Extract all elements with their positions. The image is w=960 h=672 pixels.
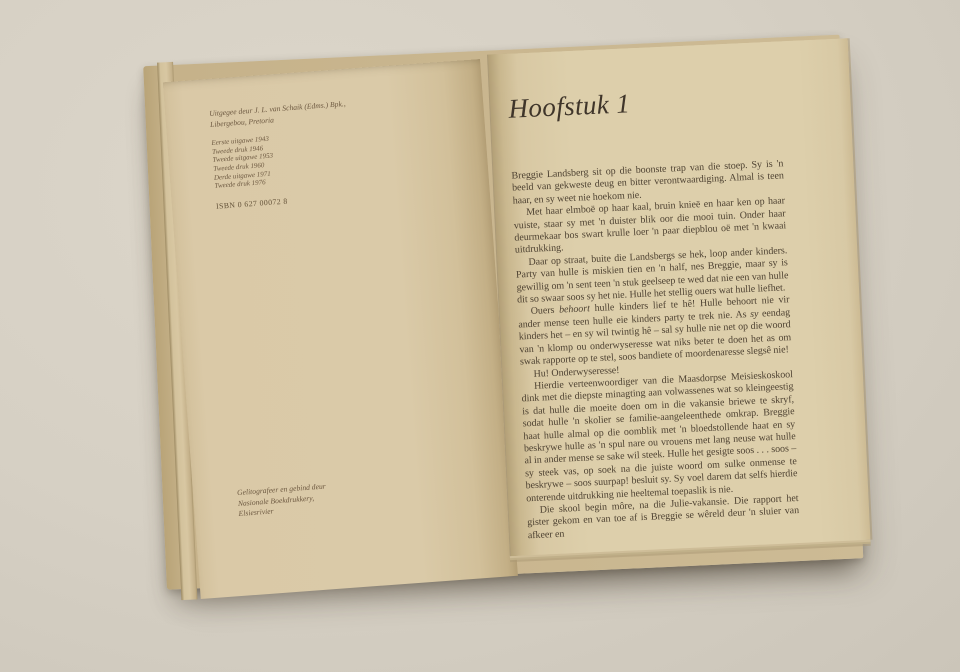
isbn: ISBN 0 627 00072 8 [216, 192, 353, 211]
imprint-block: Uitgegee deur J. L. van Schaik (Edms.) B… [209, 99, 353, 210]
paragraph: Hierdie verteenwoordiger van die Maasdor… [521, 369, 798, 505]
paragraph-text-italic: behoort [559, 304, 590, 316]
chapter-title: Hoofstuk 1 [508, 78, 851, 124]
edition-history: Eerste uitgawe 1943 Tweede druk 1946 Twe… [211, 129, 351, 190]
right-page: Hoofstuk 1 Breggie Landsberg sit op die … [487, 38, 870, 556]
left-page: Uitgegee deur J. L. van Schaik (Edms.) B… [163, 59, 518, 599]
paragraph: Ouers behoort hulle kinders lief te hê! … [518, 295, 793, 369]
paragraph-text: Ouers [530, 305, 559, 317]
chapter-body: Breggie Landsberg sit op die boonste tra… [511, 158, 800, 542]
printer-block: Gelitografeer en gebind deur Nasionale B… [237, 482, 328, 520]
open-book: Uitgegee deur J. L. van Schaik (Edms.) B… [143, 22, 873, 613]
paragraph-text: Hierdie verteenwoordiger van die Maasdor… [521, 369, 797, 504]
photo-background: Uitgegee deur J. L. van Schaik (Edms.) B… [0, 0, 960, 672]
